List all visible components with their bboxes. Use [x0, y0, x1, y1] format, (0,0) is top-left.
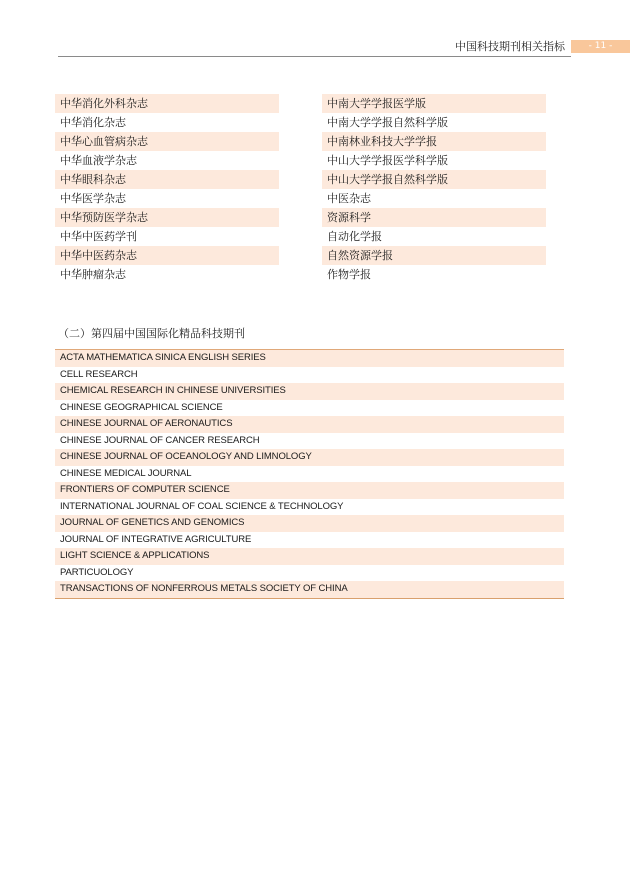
list-item: 中南大学学报自然科学版 [322, 113, 546, 132]
table-row: CHINESE JOURNAL OF AERONAUTICS [55, 416, 564, 433]
table-row: CELL RESEARCH [55, 367, 564, 384]
list-item: 中华消化杂志 [55, 113, 279, 132]
table-row: ACTA MATHEMATICA SINICA ENGLISH SERIES [55, 350, 564, 367]
table-row: PARTICUOLOGY [55, 565, 564, 582]
page-number-badge: - 11 - [571, 40, 630, 53]
table-row: CHINESE MEDICAL JOURNAL [55, 466, 564, 483]
list-item: 中华中医药学刊 [55, 227, 279, 246]
table-row: LIGHT SCIENCE & APPLICATIONS [55, 548, 564, 565]
list-item: 自然资源学报 [322, 246, 546, 265]
list-item: 中华心血管病杂志 [55, 132, 279, 151]
list-item: 中华血液学杂志 [55, 151, 279, 170]
table-row: JOURNAL OF INTEGRATIVE AGRICULTURE [55, 532, 564, 549]
journal-list-right: 中南大学学报医学版 中南大学学报自然科学版 中南林业科技大学学报 中山大学学报医… [322, 94, 546, 284]
list-item: 中华中医药杂志 [55, 246, 279, 265]
list-item: 中南林业科技大学学报 [322, 132, 546, 151]
list-item: 中华消化外科杂志 [55, 94, 279, 113]
table-row: INTERNATIONAL JOURNAL OF COAL SCIENCE & … [55, 499, 564, 516]
journal-list-left: 中华消化外科杂志 中华消化杂志 中华心血管病杂志 中华血液学杂志 中华眼科杂志 … [55, 94, 279, 284]
running-header-title: 中国科技期刊相关指标 [440, 38, 565, 54]
list-item: 中医杂志 [322, 189, 546, 208]
table-row: JOURNAL OF GENETICS AND GENOMICS [55, 515, 564, 532]
list-item: 中华医学杂志 [55, 189, 279, 208]
list-item: 中华肿瘤杂志 [55, 265, 279, 284]
list-item: 中山大学学报自然科学版 [322, 170, 546, 189]
list-item: 中南大学学报医学版 [322, 94, 546, 113]
table-row: FRONTIERS OF COMPUTER SCIENCE [55, 482, 564, 499]
international-journals-table: ACTA MATHEMATICA SINICA ENGLISH SERIES C… [55, 349, 564, 599]
table-row: CHEMICAL RESEARCH IN CHINESE UNIVERSITIE… [55, 383, 564, 400]
header-rule [58, 56, 571, 57]
table-row: TRANSACTIONS OF NONFERROUS METALS SOCIET… [55, 581, 564, 598]
table-row: CHINESE JOURNAL OF CANCER RESEARCH [55, 433, 564, 450]
section-title: （二）第四届中国国际化精品科技期刊 [58, 325, 245, 341]
list-item: 中华眼科杂志 [55, 170, 279, 189]
table-row: CHINESE JOURNAL OF OCEANOLOGY AND LIMNOL… [55, 449, 564, 466]
table-row: CHINESE GEOGRAPHICAL SCIENCE [55, 400, 564, 417]
list-item: 中山大学学报医学科学版 [322, 151, 546, 170]
list-item: 中华预防医学杂志 [55, 208, 279, 227]
list-item: 资源科学 [322, 208, 546, 227]
list-item: 自动化学报 [322, 227, 546, 246]
list-item: 作物学报 [322, 265, 546, 284]
